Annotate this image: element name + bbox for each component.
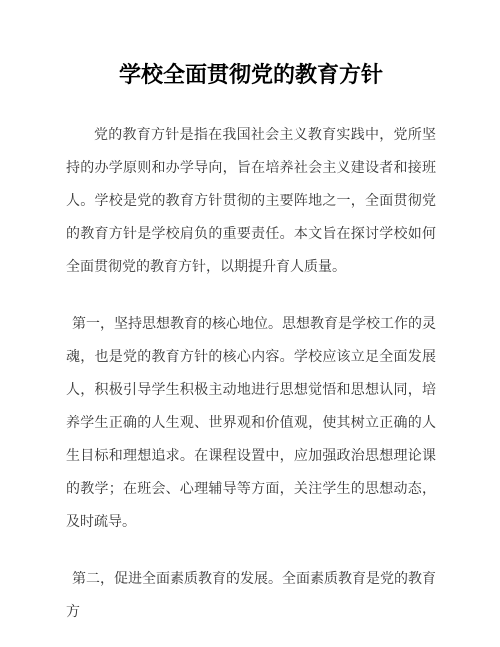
paragraph-point-two: 第二，促进全面素质教育的发展。全面素质教育是党的教育方 — [66, 562, 436, 628]
paragraph-point-one: 第一，坚持思想教育的核心地位。思想教育是学校工作的灵魂，也是党的教育方针的核心内… — [66, 307, 436, 538]
document-title: 学校全面贯彻党的教育方针 — [66, 58, 436, 92]
paragraph-intro: 党的教育方针是指在我国社会主义教育实践中，党所坚持的办学原则和办学导向，旨在培养… — [66, 118, 436, 283]
document-page: 学校全面贯彻党的教育方针 党的教育方针是指在我国社会主义教育实践中，党所坚持的办… — [0, 0, 500, 647]
